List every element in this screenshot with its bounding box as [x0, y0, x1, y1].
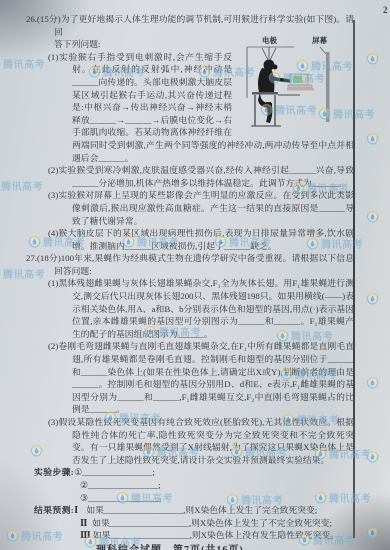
tencent-logo-icon [366, 376, 379, 389]
exam-page-content: 26.(15分)为了更好地揭示人体生理功能的调节机制,可用猴进行科学实验(如下图… [0, 0, 390, 550]
tencent-gaokao-watermark [366, 132, 379, 145]
tencent-logo-icon [366, 210, 379, 223]
q27-item-2: (2)卷刚毛弯翅雌果蝇与直刚毛直翅雄果蝇杂交,在F₁中所有雌果蝇都是直刚毛直翅,… [10, 340, 354, 416]
q26-intro-line: 26.(15分)为了更好地揭示人体生理功能的调节机制,可用猴进行科学实验(如下图… [10, 13, 354, 38]
q26-item-2: (2)实验猴受到寒冷刺激,皮肤温度感受器兴奋,经传入神经引起______兴奋,导… [10, 164, 354, 189]
step-blank-2: ②________________; [80, 480, 161, 490]
prediction-text-1: 如果__________________,则X染色体上发生了完全致死突变; [86, 505, 317, 515]
tencent-gaokao-watermark [366, 292, 379, 305]
q27-intro: 27.(18分)100年来,果蝇作为经典模式生物在遗传学研究中备受重视。请根据以… [10, 252, 354, 277]
tencent-gaokao-watermark [366, 450, 379, 463]
q27-step-2: ②________________; [10, 479, 354, 492]
tencent-logo-icon [366, 526, 379, 539]
predictions-label: 结果预测: [34, 505, 74, 515]
monkey-illustration [238, 38, 354, 132]
q27-prediction-2: Ⅱ 如果__________________,则X染色体上发生了不完全致死突变; [10, 517, 354, 530]
roman-numeral-2: Ⅱ [80, 517, 90, 530]
q27-item-3: (3)假设某隐性致死突变基因有纯合致死效应(胚胎致死),无其他性状效应。根据隐性… [10, 416, 354, 466]
q27-prediction-1: 结果预测:Ⅰ 如果__________________,则X染色体上发生了完全致… [10, 504, 354, 517]
q26-item-4: (4)猴大脑皮层下的某区域出现病理性损伤后,表现为日排尿量异常增多,饮水剧增。推… [10, 227, 354, 252]
exam-photo: 26.(15分)为了更好地揭示人体生理功能的调节机制,可用猴进行科学实验(如下图… [0, 0, 390, 550]
q26-flow: 电极 屏幕 [10, 38, 354, 252]
q27-step-3: ③________________。 [10, 492, 354, 505]
page-footer: 理科综合试题 第7页(共16页) [96, 541, 244, 550]
monkey-experiment-figure: 电极 屏幕 [238, 38, 354, 132]
tencent-logo-icon [0, 267, 1, 280]
q26-item-3: (3)实验猴对屏幕上呈现的某些影像会产生明显的应激反应。在受到多次此类影像刺激后… [10, 189, 354, 227]
tencent-gaokao-watermark [366, 52, 379, 65]
steps-label: 实验步骤: [34, 467, 74, 477]
tencent-gaokao-watermark [366, 526, 379, 539]
tencent-logo-icon [366, 292, 379, 305]
exam-text-column: 26.(15分)为了更好地揭示人体生理功能的调节机制,可用猴进行科学实验(如下图… [10, 13, 354, 542]
column-divider [353, 20, 355, 538]
tencent-logo-icon [0, 57, 1, 70]
roman-numeral-1: Ⅰ [74, 504, 84, 517]
q27-step-1: 实验步骤:①________________; [10, 466, 354, 479]
next-column-question-number: 2 [383, 5, 388, 15]
tencent-gaokao-watermark [366, 210, 379, 223]
prediction-text-2: 如果__________________,则X染色体上发生了不完全致死突变; [92, 518, 332, 528]
screen-bar [326, 52, 330, 122]
roman-numeral-3: Ⅲ [80, 529, 91, 542]
chair-seat [252, 92, 278, 95]
prediction-text-3: 如果__________________,则X染色体上没有发生隐性致死突变。 [93, 530, 339, 540]
monkey-leg [266, 102, 272, 123]
step-blank-1: ①________________; [74, 467, 155, 477]
tencent-gaokao-watermark [366, 376, 379, 389]
q27-item-1: (1)黑体残翅雌果蝇与灰体长翅雄果蝇杂交,F₁全为灰体长翅。用F₁雄果蝇进行测交… [10, 277, 354, 340]
tencent-logo-icon [366, 52, 379, 65]
step-blank-3: ③________________。 [80, 493, 167, 503]
tencent-logo-icon [366, 132, 379, 145]
tencent-logo-icon [366, 450, 379, 463]
